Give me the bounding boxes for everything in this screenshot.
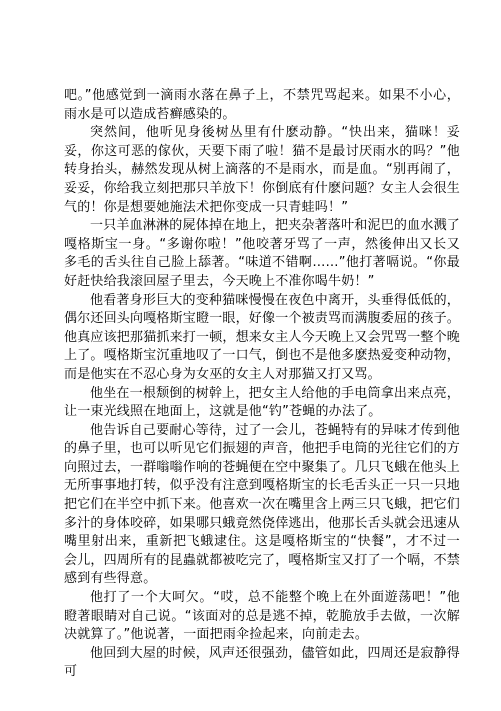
paragraph: 一只羊血淋淋的屍体掉在地上，把夹杂著落叶和泥巴的血水溅了嘎格斯宝一身。“多谢你啦… <box>64 217 460 291</box>
paragraph: 他告诉自己要耐心等待，过了一会儿，苍蝇特有的异味才传到他的鼻子里，也可以听见它们… <box>64 422 460 589</box>
paragraph: 他坐在一根颓倒的树幹上，把女主人给他的手电筒拿出来点亮，让一束光线照在地面上，这… <box>64 385 460 422</box>
paragraph: 吧。”他感觉到一滴雨水落在鼻子上，不禁咒骂起来。如果不小心，雨水是可以造成苔癣感… <box>64 87 460 124</box>
paragraph: 他回到大屋的时候，风声还很强劲，儘管如此，四周还是寂静得可 <box>64 645 460 682</box>
paragraph: 突然间，他听见身後树丛里有什麽动静。“快出来，猫咪！妥妥，你这可恶的傢伙，天要下… <box>64 124 460 217</box>
paragraph: 他看著身形巨大的变种猫咪慢慢在夜色中离开，头垂得低低的，偶尔还回头向嘎格斯宝瞪一… <box>64 292 460 385</box>
text-block: 吧。”他感觉到一滴雨水落在鼻子上，不禁咒骂起来。如果不小心，雨水是可以造成苔癣感… <box>64 87 460 682</box>
paragraph: 他打了一个大呵欠。“哎，总不能整个晚上在外面遊荡吧！”他瞪著眼睛对自己说。“该面… <box>64 589 460 645</box>
document-page: 吧。”他感觉到一滴雨水落在鼻子上，不禁咒骂起来。如果不小心，雨水是可以造成苔癣感… <box>0 0 501 711</box>
